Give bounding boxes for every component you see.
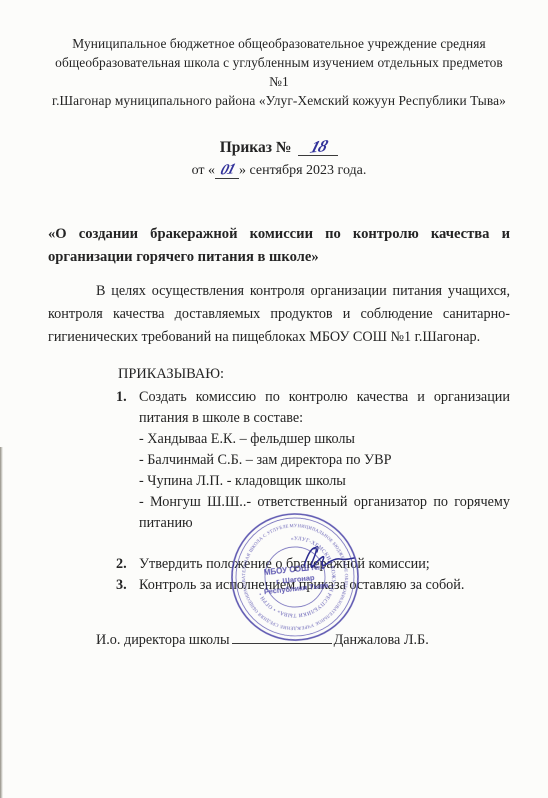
order-heading: Приказ № 18 от «01» сентября 2023 года. bbox=[48, 136, 510, 181]
item-number: 1. bbox=[116, 387, 139, 534]
order-number-handwritten: 18 bbox=[308, 139, 328, 154]
signatory-role: И.о. директора школы bbox=[96, 632, 230, 649]
member-line: - Чупина Л.П. - кладовщик школы bbox=[139, 471, 510, 492]
handwritten-signature bbox=[290, 540, 360, 576]
order-number-slot: 18 bbox=[298, 140, 338, 156]
order-date-suffix: » сентября 2023 года. bbox=[239, 163, 366, 178]
member-line: - Хандываа Е.К. – фельдшер школы bbox=[139, 429, 510, 450]
order-number-line: Приказ № 18 bbox=[48, 136, 510, 160]
preamble-paragraph: В целях осуществления контроля организац… bbox=[48, 280, 510, 349]
item-number: 3. bbox=[116, 575, 139, 596]
letterhead-line: общеобразовательная школа с углубленным … bbox=[48, 53, 510, 91]
item-number: 2. bbox=[116, 554, 139, 575]
scanned-order-page: Муниципальное бюджетное общеобразователь… bbox=[0, 0, 548, 798]
member-line: - Балчинмай С.Б. – зам директора по УВР bbox=[139, 450, 510, 471]
document-title: «О создании бракеражной комиссии по конт… bbox=[48, 223, 510, 268]
letterhead-line: г.Шагонар муниципального района «Улуг-Хе… bbox=[48, 91, 510, 110]
letterhead: Муниципальное бюджетное общеобразователь… bbox=[48, 34, 510, 110]
order-date-prefix: от « bbox=[192, 163, 215, 178]
order-date-line: от «01» сентября 2023 года. bbox=[48, 160, 510, 181]
round-stamp: МУНИЦИПАЛЬНОЕ БЮДЖЕТНОЕ ОБЩЕОБРАЗОВАТЕЛЬ… bbox=[220, 502, 369, 651]
order-day-slot: 01 bbox=[215, 163, 239, 179]
item-1-text: Создать комиссию по контролю качества и … bbox=[139, 387, 510, 429]
scan-edge-shadow bbox=[0, 447, 3, 798]
order-day-handwritten: 01 bbox=[218, 162, 236, 177]
prikaz-label: ПРИКАЗЫВАЮ: bbox=[118, 364, 510, 384]
order-label: Приказ № bbox=[220, 139, 292, 156]
letterhead-line: Муниципальное бюджетное общеобразователь… bbox=[48, 34, 510, 53]
signature-stroke bbox=[304, 548, 354, 567]
